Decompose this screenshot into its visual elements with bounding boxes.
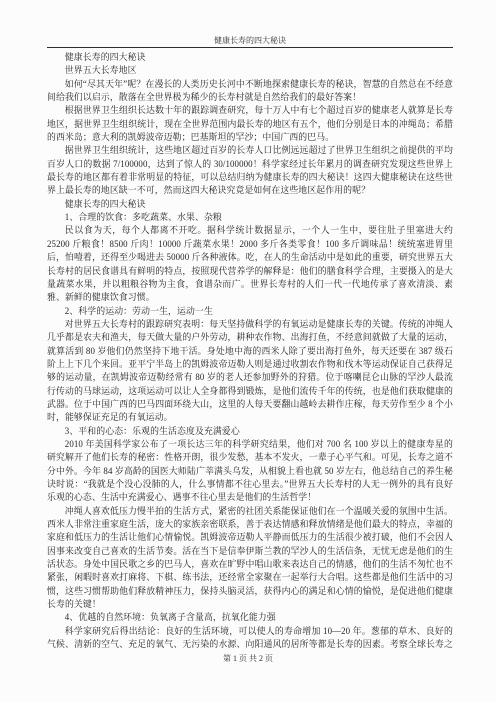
paragraph: 如何“尽其天年”呢？在漫长的人类历史长河中不断地探索健康长寿的秘诀，智慧的自然总… (47, 78, 453, 105)
paragraph: 对世界五大长寿村的跟踪研究表明：每天坚持做科学的有氧运动是健康长寿的关键。传统的… (47, 318, 453, 425)
paragraph: 健康长寿的四大秘诀 (47, 51, 453, 64)
paragraph: 民以食为天，每个人都离不开吃。据科学统计数据显示，一个人一生中，要往肚子里塞进大… (47, 224, 453, 304)
section-heading: 1、合理的饮食：多吃蔬菜、水果、杂粮 (47, 211, 453, 224)
section-heading: 2、科学的运动：劳动一生，运动一生 (47, 305, 453, 318)
document-page: 健康长寿的四大秘诀 健康长寿的四大秘诀世界五大长寿地区如何“尽其天年”呢？在漫长… (0, 0, 496, 702)
paragraph: 2010 年美国科学家公布了一项长达三年的科学研究结果，他们对 700 名 10… (47, 438, 453, 505)
paragraph: 冲绳人喜欢低压力慢半拍的生活方式，紧密的社团关系能保证他们在一个温暖关爱的氛围中… (47, 505, 453, 612)
document-body: 健康长寿的四大秘诀世界五大长寿地区如何“尽其天年”呢？在漫长的人类历史长河中不断… (47, 51, 453, 652)
section-heading: 4、优越的自然环境：负氧离子含量高，抗氧化能力强 (47, 611, 453, 624)
page-footer: 第 1 页 共 2 页 (0, 654, 496, 664)
page-header: 健康长寿的四大秘诀 (47, 0, 453, 48)
paragraph: 科学家研究后得出结论：良好的生活环境，可以使人的寿命增加 10—20 年。葱郁的… (47, 625, 453, 652)
section-heading: 健康长寿的四大秘诀 (47, 198, 453, 211)
section-heading: 3、平和的心态：乐观的生活态度及充满爱心 (47, 425, 453, 438)
running-header-title: 健康长寿的四大秘诀 (214, 36, 286, 45)
paragraph: 据世界卫生组织统计，这些地区超过百岁的长寿人口比例远远超过了世界卫生组织之前提供… (47, 144, 453, 197)
paragraph: 世界五大长寿地区 (47, 64, 453, 77)
paragraph: 根据世界卫生组织长达数十年的跟踪调查研究，每十万人中有七个超过百岁的健康老人就算… (47, 104, 453, 144)
page-number: 第 1 页 共 2 页 (223, 654, 273, 663)
